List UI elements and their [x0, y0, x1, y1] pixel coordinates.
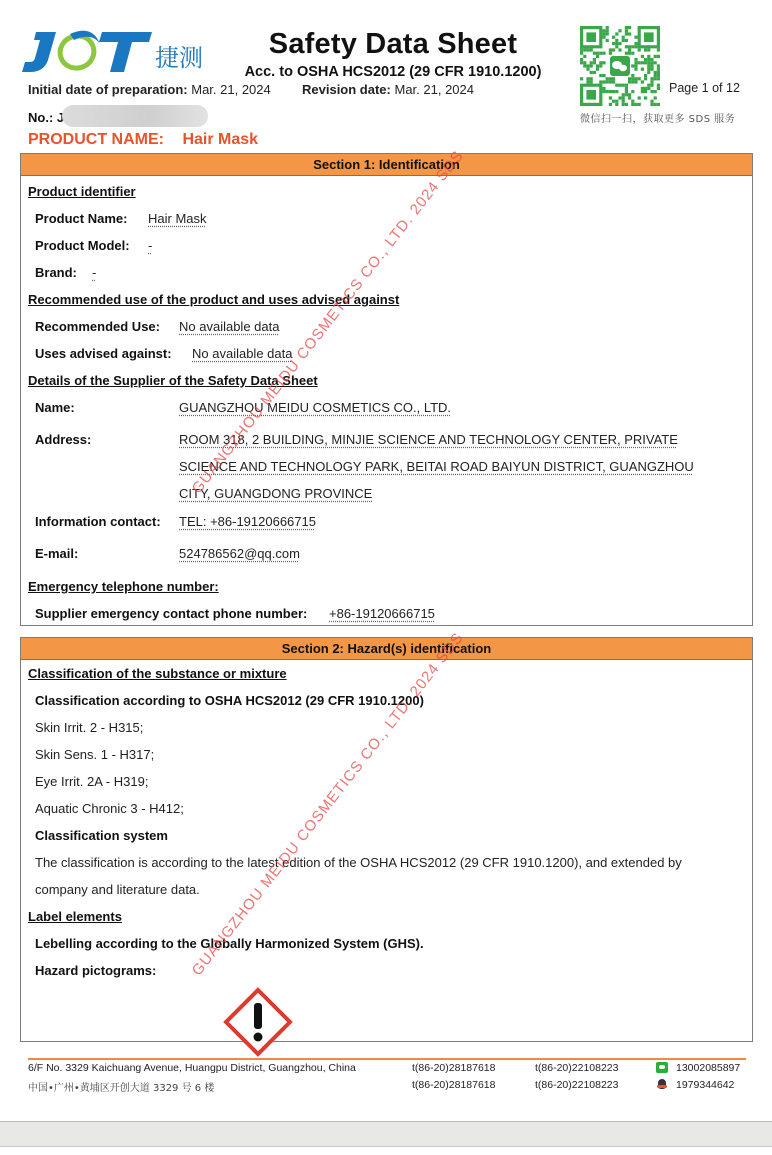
qr-caption: 微信扫一扫，获取更多 SDS 服务	[580, 110, 735, 125]
initial-date-label: Initial date of preparation:	[28, 82, 188, 97]
jot-logo-graphic: 捷测	[22, 26, 212, 74]
supplier-name-value: GUANGZHOU MEIDU COSMETICS CO., LTD.	[179, 400, 451, 415]
address-line-1: ROOM 318, 2 BUILDING, MINJIE SCIENCE AND…	[179, 432, 678, 447]
redacted-number	[62, 105, 208, 127]
classification-item: Eye Irrit. 2A - H319;	[35, 774, 148, 789]
revision-date: Mar. 21, 2024	[394, 82, 474, 97]
svg-text:捷测: 捷测	[155, 44, 203, 72]
uses-advised-against-label: Uses advised against:	[35, 346, 172, 361]
section-hazard-identification: Section 2: Hazard(s) identification Clas…	[20, 637, 753, 1042]
product-name-banner: PRODUCT NAME: Hair Mask	[28, 131, 258, 149]
information-contact-label: Information contact:	[35, 514, 161, 529]
address-line-2: SCIENCE AND TECHNOLOGY PARK, BEITAI ROAD…	[179, 459, 694, 474]
classification-system-heading: Classification system	[35, 828, 168, 843]
document-subtitle: Acc. to OSHA HCS2012 (29 CFR 1910.1200)	[228, 64, 558, 80]
product-model-label: Product Model:	[35, 238, 130, 253]
classification-heading: Classification of the substance or mixtu…	[28, 666, 287, 681]
emergency-phone-value: +86-19120666715	[329, 606, 435, 621]
emergency-heading: Emergency telephone number:	[28, 579, 219, 594]
classification-subheading: Classification according to OSHA HCS2012…	[35, 693, 424, 708]
email-label: E-mail:	[35, 546, 78, 561]
product-name-field-value: Hair Mask	[148, 211, 207, 226]
document-number-label: No.:	[28, 110, 53, 125]
footer-qq: 1979344642	[676, 1079, 734, 1091]
product-name-value: Hair Mask	[182, 131, 258, 148]
viewer-scrollbar-strip[interactable]	[0, 1121, 772, 1147]
product-identifier-heading: Product identifier	[28, 184, 136, 199]
initial-date: Mar. 21, 2024	[191, 82, 271, 97]
recommended-use-heading: Recommended use of the product and uses …	[28, 292, 399, 307]
exclamation-mark-icon	[223, 987, 293, 1057]
label-elements-heading: Label elements	[28, 909, 122, 924]
emergency-phone-label: Supplier emergency contact phone number:	[35, 606, 307, 621]
brand-value: -	[92, 265, 96, 280]
classification-item: Skin Sens. 1 - H317;	[35, 747, 154, 762]
section-2-header: Section 2: Hazard(s) identification	[21, 638, 752, 660]
classification-item: Aquatic Chronic 3 - H412;	[35, 801, 184, 816]
email-value: 524786562@qq.com	[179, 546, 300, 561]
hazard-pictograms-label: Hazard pictograms:	[35, 963, 156, 978]
jot-logo: 捷测	[22, 26, 212, 74]
footer-divider	[28, 1058, 746, 1060]
ghs-labelling-text: Lebelling according to the Globally Harm…	[35, 936, 424, 951]
footer-phone: t(86-20)28187618	[412, 1062, 495, 1074]
product-model-value: -	[148, 238, 152, 253]
footer-address-cn: 中国•广州•黄埔区开创大道 3329 号 6 楼	[28, 1079, 214, 1094]
qq-icon	[658, 1079, 666, 1089]
supplier-details-heading: Details of the Supplier of the Safety Da…	[28, 373, 318, 388]
uses-advised-against-value: No available data	[192, 346, 292, 361]
recommended-use-value: No available data	[179, 319, 279, 334]
footer-wechat: 13002085897	[676, 1062, 740, 1074]
classification-system-text-1: The classification is according to the l…	[35, 855, 682, 870]
product-name-field-label: Product Name:	[35, 211, 127, 226]
supplier-name-label: Name:	[35, 400, 75, 415]
document-title: Safety Data Sheet	[228, 28, 558, 61]
footer-phone: t(86-20)22108223	[535, 1062, 618, 1074]
section-identification: Section 1: Identification Product identi…	[20, 153, 753, 626]
address-label: Address:	[35, 432, 91, 447]
document-number: No.: J	[28, 110, 64, 125]
section-1-header: Section 1: Identification	[21, 154, 752, 176]
wechat-icon	[656, 1062, 668, 1073]
qr-code-icon	[580, 26, 660, 106]
revision-date-label: Revision date:	[302, 82, 391, 97]
address-line-3: CITY, GUANGDONG PROVINCE	[179, 486, 372, 501]
footer-address-en: 6/F No. 3329 Kaichuang Avenue, Huangpu D…	[28, 1062, 356, 1074]
recommended-use-label: Recommended Use:	[35, 319, 160, 334]
brand-label: Brand:	[35, 265, 77, 280]
classification-item: Skin Irrit. 2 - H315;	[35, 720, 143, 735]
classification-system-text-2: company and literature data.	[35, 882, 200, 897]
information-contact-value: TEL: +86-19120666715	[179, 514, 316, 529]
product-name-label: PRODUCT NAME:	[28, 131, 164, 148]
page-indicator: Page 1 of 12	[669, 81, 740, 95]
dates-line: Initial date of preparation: Mar. 21, 20…	[28, 82, 474, 97]
footer-phone: t(86-20)22108223	[535, 1079, 618, 1091]
footer-phone: t(86-20)28187618	[412, 1079, 495, 1091]
wechat-qr-code[interactable]	[580, 26, 660, 106]
